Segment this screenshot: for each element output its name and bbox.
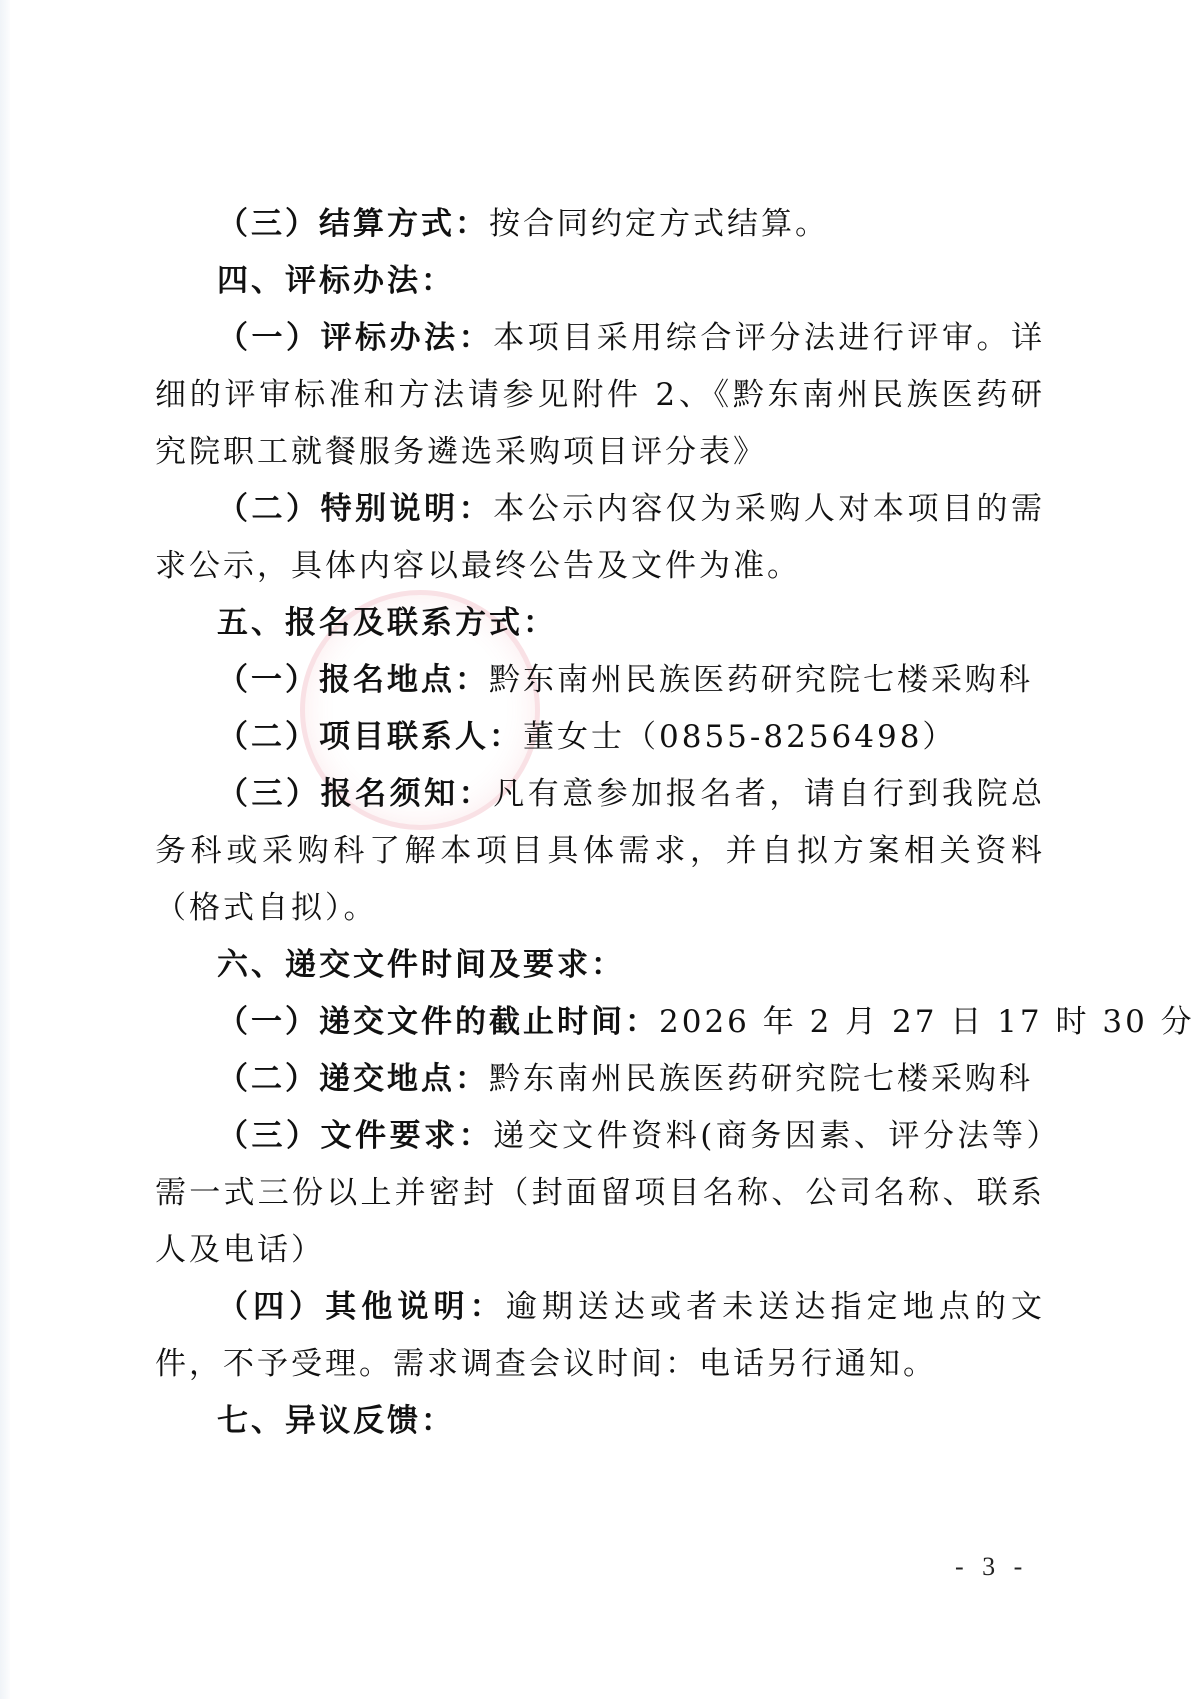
item-text: 黔东南州民族医药研究院七楼采购科 xyxy=(489,662,1033,698)
item-text: 董女士（0855-8256498） xyxy=(523,719,956,755)
item-label: （二）特别说明： xyxy=(217,491,493,527)
section-heading-evaluation: 四、评标办法： xyxy=(155,253,1045,310)
item-label: （一）递交文件的截止时间： xyxy=(217,1004,659,1040)
section-heading-objection-feedback: 七、异议反馈： xyxy=(155,1393,1045,1450)
submission-deadline-item: （一）递交文件的截止时间：2026 年 2 月 27 日 17 时 30 分 xyxy=(155,994,1045,1051)
page-number: - 3 - xyxy=(955,1552,1028,1582)
item-label: （三）结算方式： xyxy=(217,206,489,242)
other-notes-item: （四）其他说明：逾期送达或者未送达指定地点的文件，不予受理。需求调查会议时间：电… xyxy=(155,1279,1045,1393)
item-label: （三）文件要求： xyxy=(217,1118,493,1154)
item-label: （三）报名须知： xyxy=(217,776,493,812)
document-body: （三）结算方式：按合同约定方式结算。 四、评标办法： （一）评标办法：本项目采用… xyxy=(155,196,1045,1450)
item-label: （二）项目联系人： xyxy=(217,719,523,755)
submission-location-item: （二）递交地点：黔东南州民族医药研究院七楼采购科 xyxy=(155,1051,1045,1108)
settlement-method-item: （三）结算方式：按合同约定方式结算。 xyxy=(155,196,1045,253)
evaluation-method-item: （一）评标办法：本项目采用综合评分法进行评审。详细的评审标准和方法请参见附件 2… xyxy=(155,310,1045,481)
section-heading-submission: 六、递交文件时间及要求： xyxy=(155,937,1045,994)
section-heading-registration: 五、报名及联系方式： xyxy=(155,595,1045,652)
item-label: （一）评标办法： xyxy=(217,320,493,356)
project-contact-item: （二）项目联系人：董女士（0855-8256498） xyxy=(155,709,1045,766)
registration-notice-item: （三）报名须知：凡有意参加报名者，请自行到我院总务科或采购科了解本项目具体需求，… xyxy=(155,766,1045,937)
item-text: 2026 年 2 月 27 日 17 时 30 分 xyxy=(659,1004,1195,1040)
item-text: 按合同约定方式结算。 xyxy=(489,206,829,242)
item-text: 黔东南州民族医药研究院七楼采购科 xyxy=(489,1061,1033,1097)
document-page: （三）结算方式：按合同约定方式结算。 四、评标办法： （一）评标办法：本项目采用… xyxy=(0,0,1200,1699)
registration-location-item: （一）报名地点：黔东南州民族医药研究院七楼采购科 xyxy=(155,652,1045,709)
special-note-item: （二）特别说明：本公示内容仅为采购人对本项目的需求公示，具体内容以最终公告及文件… xyxy=(155,481,1045,595)
item-label: （四）其他说明： xyxy=(217,1289,506,1325)
scan-edge xyxy=(0,0,10,1699)
document-requirements-item: （三）文件要求：递交文件资料(商务因素、评分法等）需一式三份以上并密封（封面留项… xyxy=(155,1108,1045,1279)
item-label: （二）递交地点： xyxy=(217,1061,489,1097)
item-label: （一）报名地点： xyxy=(217,662,489,698)
